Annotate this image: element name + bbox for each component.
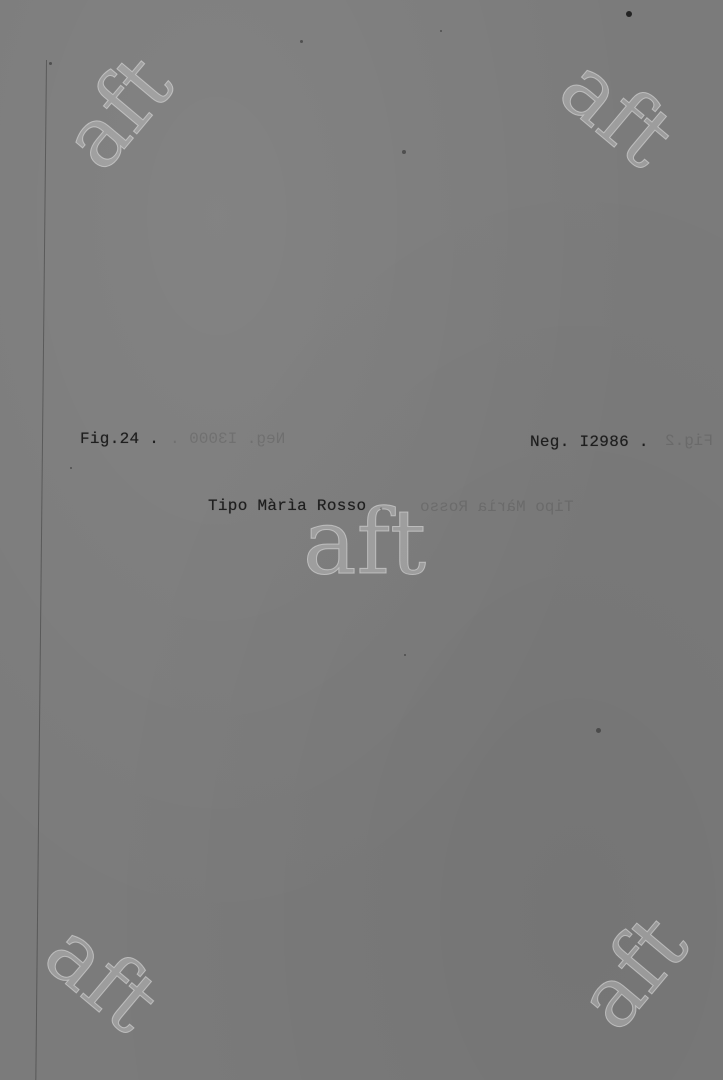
dust-speck xyxy=(626,11,632,17)
dust-speck xyxy=(596,728,601,733)
negative-number: Neg. I2986 . xyxy=(530,433,649,451)
watermark-logo: aft xyxy=(563,901,701,1043)
document-card: Neg. I3000 . Fig.2 Tipo Màrìa Rosso Fig.… xyxy=(0,0,723,1080)
bleed-through-text: Fig.2 xyxy=(665,432,713,450)
watermark-logo: aft xyxy=(31,908,173,1046)
dust-speck xyxy=(404,654,406,656)
watermark-logo: aft xyxy=(48,41,186,183)
bleed-through-text: Tipo Màrìa Rosso xyxy=(420,498,574,516)
dust-speck xyxy=(49,62,52,65)
bleed-through-text: Neg. I3000 . xyxy=(170,430,285,448)
watermark-logo: aft xyxy=(303,498,426,588)
margin-line xyxy=(35,60,47,1080)
figure-label: Fig.24 . xyxy=(80,430,159,448)
dust-speck xyxy=(402,150,406,154)
dust-speck xyxy=(300,40,303,43)
dust-speck xyxy=(70,467,72,469)
dust-speck xyxy=(440,30,442,32)
watermark-logo: aft xyxy=(546,43,688,181)
